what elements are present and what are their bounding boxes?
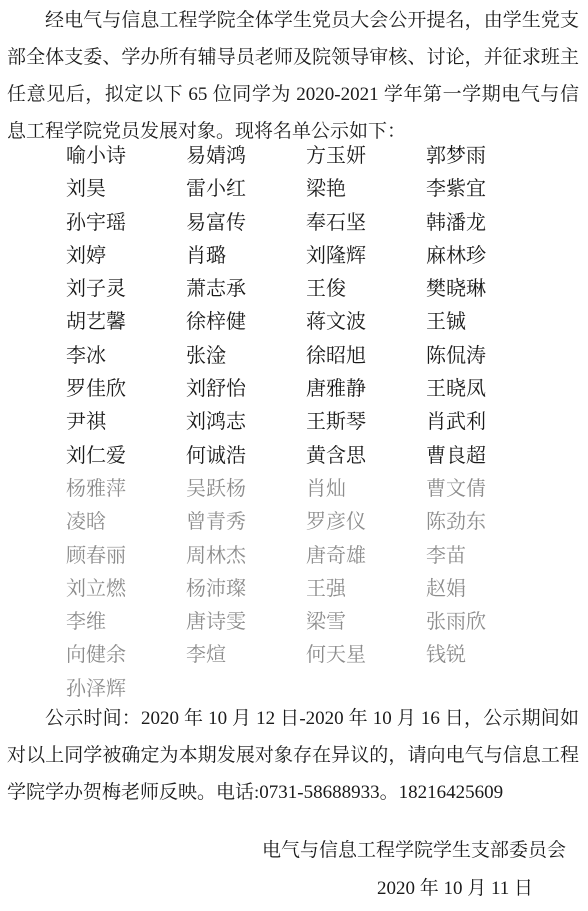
student-name: 凌晗 bbox=[66, 506, 186, 539]
name-row: 刘婷肖璐刘隆辉麻林珍 bbox=[66, 240, 579, 273]
name-row: 刘仁爱何诚浩黄含思曹良超 bbox=[66, 440, 579, 473]
name-row: 刘昊雷小红梁艳李紫宜 bbox=[66, 173, 579, 206]
name-row: 顾春丽周林杰唐奇雄李苗 bbox=[66, 540, 579, 573]
name-row: 罗佳欣刘舒怡唐雅静王晓凤 bbox=[66, 373, 579, 406]
student-name: 唐奇雄 bbox=[306, 540, 426, 573]
signature-organization: 电气与信息工程学院学生支部委员会 bbox=[7, 832, 579, 870]
student-name: 蒋文波 bbox=[306, 306, 426, 339]
student-name: 向健余 bbox=[66, 639, 186, 672]
student-name: 肖璐 bbox=[186, 240, 306, 273]
student-name: 唐诗雯 bbox=[186, 606, 306, 639]
student-name: 郭梦雨 bbox=[426, 140, 546, 173]
student-name: 李煊 bbox=[186, 639, 306, 672]
student-name: 易婧鸿 bbox=[186, 140, 306, 173]
name-row: 李维唐诗雯梁雪张雨欣 bbox=[66, 606, 579, 639]
closing-paragraph: 公示时间：2020 年 10 月 12 日-2020 年 10 月 16 日，公… bbox=[7, 700, 579, 811]
name-row: 喻小诗易婧鸿方玉妍郭梦雨 bbox=[66, 140, 579, 173]
name-grid: 喻小诗易婧鸿方玉妍郭梦雨刘昊雷小红梁艳李紫宜孙宇瑶易富传奉石坚韩潘龙刘婷肖璐刘隆… bbox=[66, 140, 579, 706]
student-name: 王铖 bbox=[426, 306, 546, 339]
student-name: 刘立燃 bbox=[66, 573, 186, 606]
student-name: 陈劲东 bbox=[426, 506, 546, 539]
student-name: 杨沛璨 bbox=[186, 573, 306, 606]
student-name: 王俊 bbox=[306, 273, 426, 306]
student-name: 钱锐 bbox=[426, 639, 546, 672]
name-row: 凌晗曾青秀罗彦仪陈劲东 bbox=[66, 506, 579, 539]
student-name: 李紫宜 bbox=[426, 173, 546, 206]
student-name: 徐梓健 bbox=[186, 306, 306, 339]
name-row: 尹祺刘鸿志王斯琴肖武利 bbox=[66, 406, 579, 439]
student-name: 赵娟 bbox=[426, 573, 546, 606]
student-name: 陈侃涛 bbox=[426, 340, 546, 373]
student-name: 刘昊 bbox=[66, 173, 186, 206]
student-name: 曹良超 bbox=[426, 440, 546, 473]
student-name: 胡艺馨 bbox=[66, 306, 186, 339]
student-name: 王晓凤 bbox=[426, 373, 546, 406]
student-name: 李冰 bbox=[66, 340, 186, 373]
student-name: 刘舒怡 bbox=[186, 373, 306, 406]
student-name: 张雨欣 bbox=[426, 606, 546, 639]
student-name: 易富传 bbox=[186, 207, 306, 240]
name-row: 李冰张淦徐昭旭陈侃涛 bbox=[66, 340, 579, 373]
name-row: 刘子灵萧志承王俊樊晓琳 bbox=[66, 273, 579, 306]
student-name: 萧志承 bbox=[186, 273, 306, 306]
student-name: 顾春丽 bbox=[66, 540, 186, 573]
student-name: 韩潘龙 bbox=[426, 207, 546, 240]
student-name: 王强 bbox=[306, 573, 426, 606]
student-name: 唐雅静 bbox=[306, 373, 426, 406]
student-name: 刘仁爱 bbox=[66, 440, 186, 473]
name-row: 杨雅萍吴跃杨肖灿曹文倩 bbox=[66, 473, 579, 506]
announcement-document: 经电气与信息工程学院全体学生党员大会公开提名，由学生党支部全体支委、学办所有辅导… bbox=[0, 0, 588, 911]
student-name: 孙宇瑶 bbox=[66, 207, 186, 240]
student-name: 刘子灵 bbox=[66, 273, 186, 306]
student-name: 罗佳欣 bbox=[66, 373, 186, 406]
student-name: 喻小诗 bbox=[66, 140, 186, 173]
student-name: 方玉妍 bbox=[306, 140, 426, 173]
name-row: 向健余李煊何天星钱锐 bbox=[66, 639, 579, 672]
student-name: 李维 bbox=[66, 606, 186, 639]
student-name: 刘隆辉 bbox=[306, 240, 426, 273]
student-name: 梁雪 bbox=[306, 606, 426, 639]
student-name: 吴跃杨 bbox=[186, 473, 306, 506]
name-row: 孙宇瑶易富传奉石坚韩潘龙 bbox=[66, 207, 579, 240]
student-name: 尹祺 bbox=[66, 406, 186, 439]
student-name: 何天星 bbox=[306, 639, 426, 672]
intro-paragraph: 经电气与信息工程学院全体学生党员大会公开提名，由学生党支部全体支委、学办所有辅导… bbox=[7, 2, 579, 150]
student-name: 王斯琴 bbox=[306, 406, 426, 439]
student-name: 曾青秀 bbox=[186, 506, 306, 539]
student-name: 张淦 bbox=[186, 340, 306, 373]
name-row: 刘立燃杨沛璨王强赵娟 bbox=[66, 573, 579, 606]
student-name: 罗彦仪 bbox=[306, 506, 426, 539]
student-name: 何诚浩 bbox=[186, 440, 306, 473]
student-name: 黄含思 bbox=[306, 440, 426, 473]
signature-date: 2020 年 10 月 11 日 bbox=[7, 870, 579, 908]
student-name: 麻林珍 bbox=[426, 240, 546, 273]
student-name: 雷小红 bbox=[186, 173, 306, 206]
student-name: 刘鸿志 bbox=[186, 406, 306, 439]
student-name: 肖武利 bbox=[426, 406, 546, 439]
student-name: 梁艳 bbox=[306, 173, 426, 206]
student-name: 杨雅萍 bbox=[66, 473, 186, 506]
student-name: 刘婷 bbox=[66, 240, 186, 273]
student-name: 曹文倩 bbox=[426, 473, 546, 506]
student-name: 徐昭旭 bbox=[306, 340, 426, 373]
student-name: 樊晓琳 bbox=[426, 273, 546, 306]
student-name: 奉石坚 bbox=[306, 207, 426, 240]
student-name: 肖灿 bbox=[306, 473, 426, 506]
student-name: 周林杰 bbox=[186, 540, 306, 573]
name-row: 胡艺馨徐梓健蒋文波王铖 bbox=[66, 306, 579, 339]
student-name: 李苗 bbox=[426, 540, 546, 573]
